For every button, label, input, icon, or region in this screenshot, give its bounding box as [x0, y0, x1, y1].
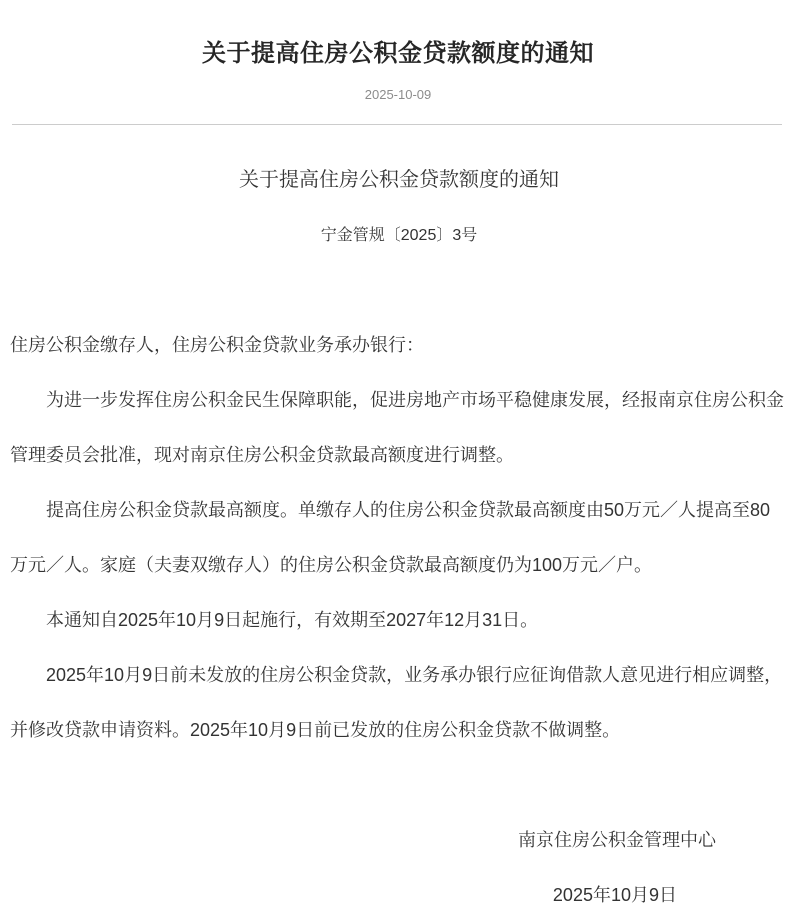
header-divider	[12, 124, 782, 125]
paragraph-2: 提高住房公积金贷款最高额度。单缴存人的住房公积金贷款最高额度由50万元／人提高至…	[10, 483, 788, 593]
publish-date: 2025-10-09	[0, 86, 796, 104]
document-number: 宁金管规〔2025〕3号	[10, 208, 788, 263]
document-title: 关于提高住房公积金贷款额度的通知	[10, 153, 788, 208]
article-body: 关于提高住房公积金贷款额度的通知 宁金管规〔2025〕3号 住房公积金缴存人，住…	[0, 153, 796, 923]
salutation-line: 住房公积金缴存人，住房公积金贷款业务承办银行：	[10, 318, 788, 373]
signature-date: 2025年10月9日	[10, 868, 788, 923]
paragraph-1: 为进一步发挥住房公积金民生保障职能，促进房地产市场平稳健康发展，经报南京住房公积…	[10, 373, 788, 483]
signature-block: 南京住房公积金管理中心 2025年10月9日	[10, 813, 788, 923]
signature-organization: 南京住房公积金管理中心	[10, 813, 788, 868]
paragraph-4: 2025年10月9日前未发放的住房公积金贷款，业务承办银行应征询借款人意见进行相…	[10, 648, 788, 758]
page-title: 关于提高住房公积金贷款额度的通知	[0, 0, 796, 69]
paragraph-3: 本通知自2025年10月9日起施行，有效期至2027年12月31日。	[10, 593, 788, 648]
notice-page: 关于提高住房公积金贷款额度的通知 2025-10-09 关于提高住房公积金贷款额…	[0, 0, 796, 924]
